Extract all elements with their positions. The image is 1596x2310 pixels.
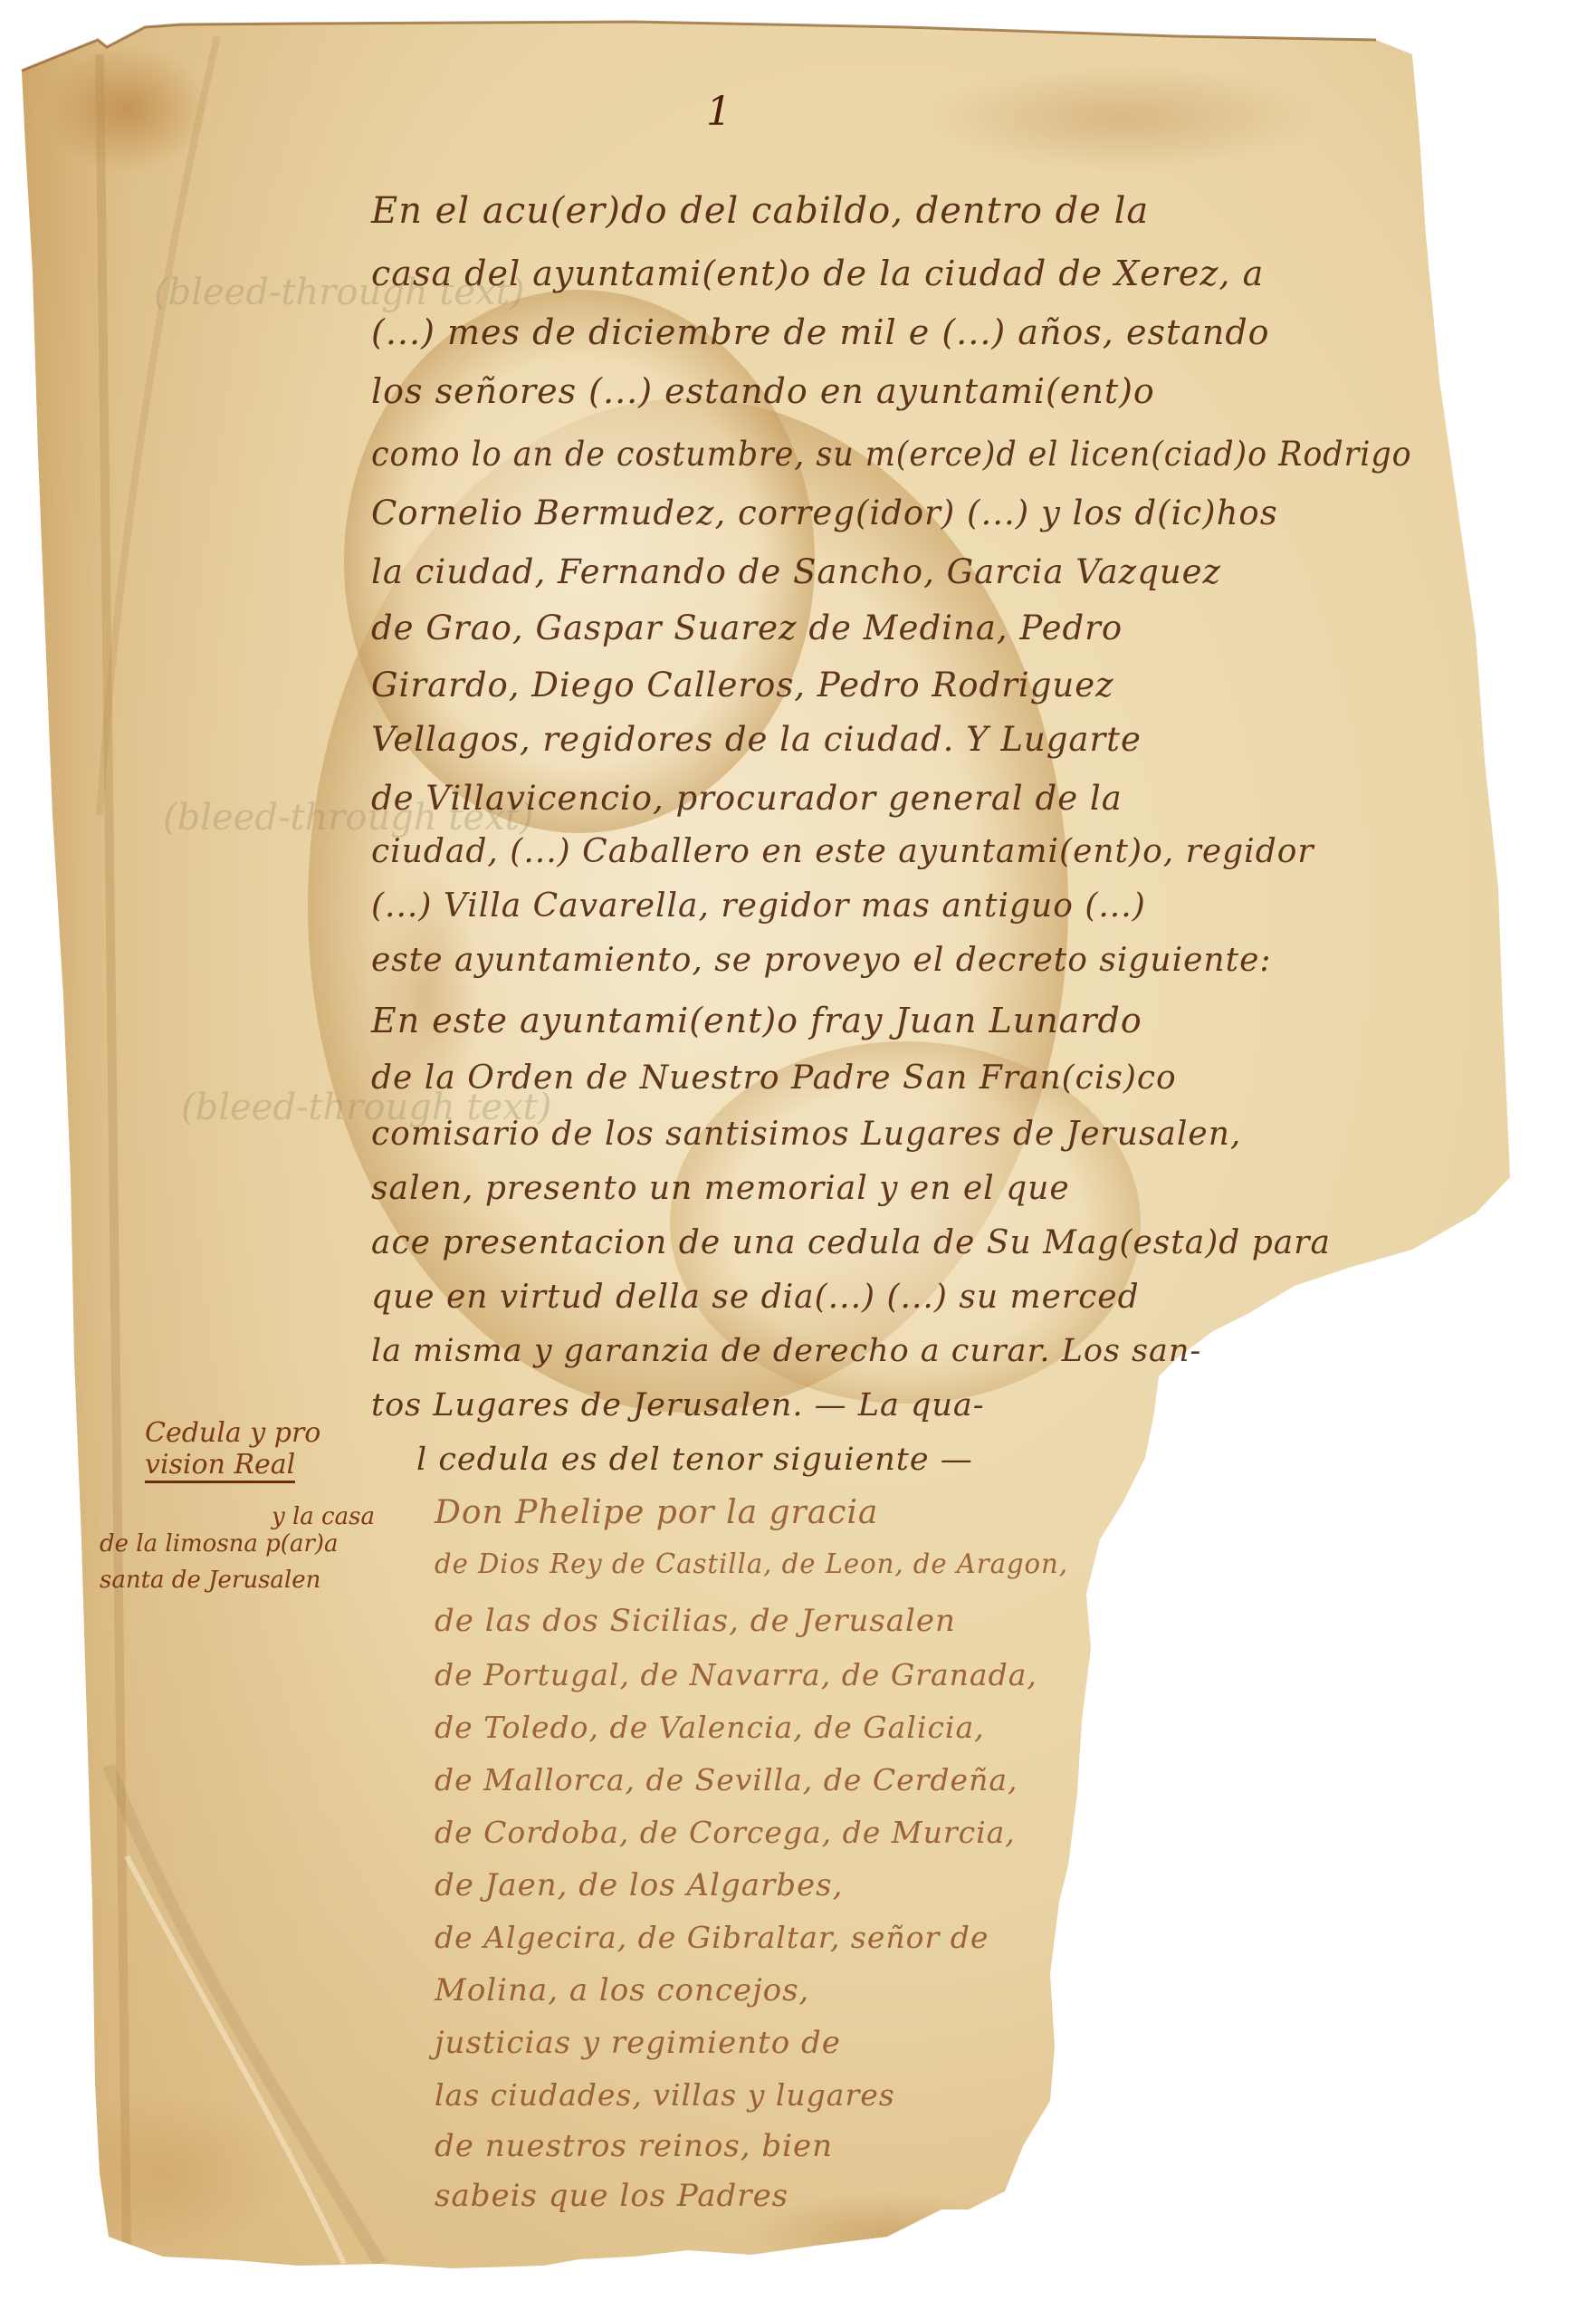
torn-parchment-leaf [0,0,1596,2310]
manuscript-page: 1 (bleed-through text) (bleed-through te… [0,0,1596,2310]
